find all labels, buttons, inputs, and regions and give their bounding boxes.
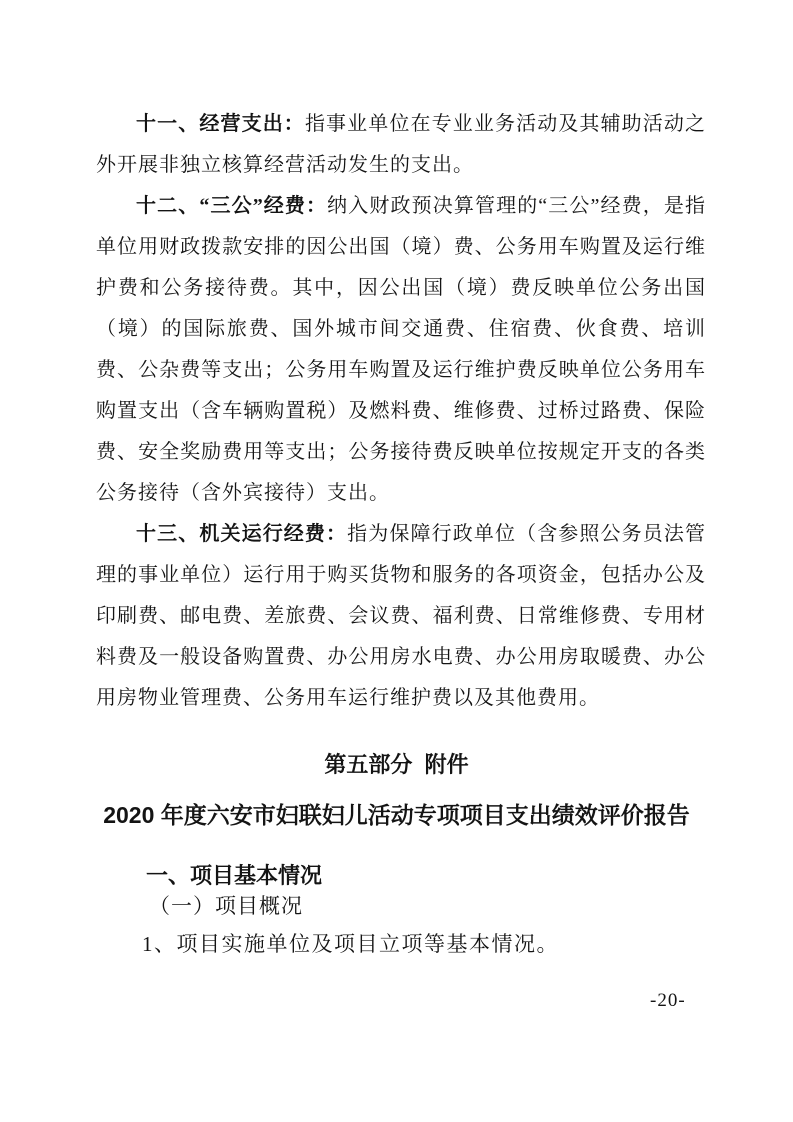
definition-term: 十三、机关运行经费： (136, 523, 347, 545)
definition-term: 十二、“三公”经费： (136, 195, 327, 217)
report-title: 2020 年度六安市妇联妇儿活动专项项目支出绩效评价报告 (0, 803, 793, 828)
page-number: -20- (650, 991, 686, 1012)
document-page: 十一、经营支出：指事业单位在专业业务活动及其辅助活动之外开展非独立核算经营活动发… (0, 0, 793, 1122)
definition-paragraph: 十三、机关运行经费：指为保障行政单位（含参照公务员法管理的事业单位）运行用于购买… (96, 514, 706, 719)
section-heading: 第五部分 附件 (0, 753, 793, 777)
heading-project-basic-info: 一、项目基本情况 (146, 864, 322, 888)
list-item-project-establishment: 1、项目实施单位及项目立项等基本情况。 (142, 933, 559, 956)
definition-paragraph: 十一、经营支出：指事业单位在专业业务活动及其辅助活动之外开展非独立核算经营活动发… (96, 104, 706, 186)
definition-text: 指为保障行政单位（含参照公务员法管理的事业单位）运行用于购买货物和服务的各项资金… (96, 523, 706, 709)
definition-paragraph: 十二、“三公”经费：纳入财政预决算管理的“三公”经费，是指单位用财政拨款安排的因… (96, 186, 706, 514)
definition-text: 纳入财政预决算管理的“三公”经费，是指单位用财政拨款安排的因公出国（境）费、公务… (96, 195, 706, 504)
subheading-project-overview: （一）项目概况 (149, 895, 303, 918)
definition-term: 十一、经营支出： (136, 113, 305, 135)
definitions-block: 十一、经营支出：指事业单位在专业业务活动及其辅助活动之外开展非独立核算经营活动发… (96, 104, 706, 719)
